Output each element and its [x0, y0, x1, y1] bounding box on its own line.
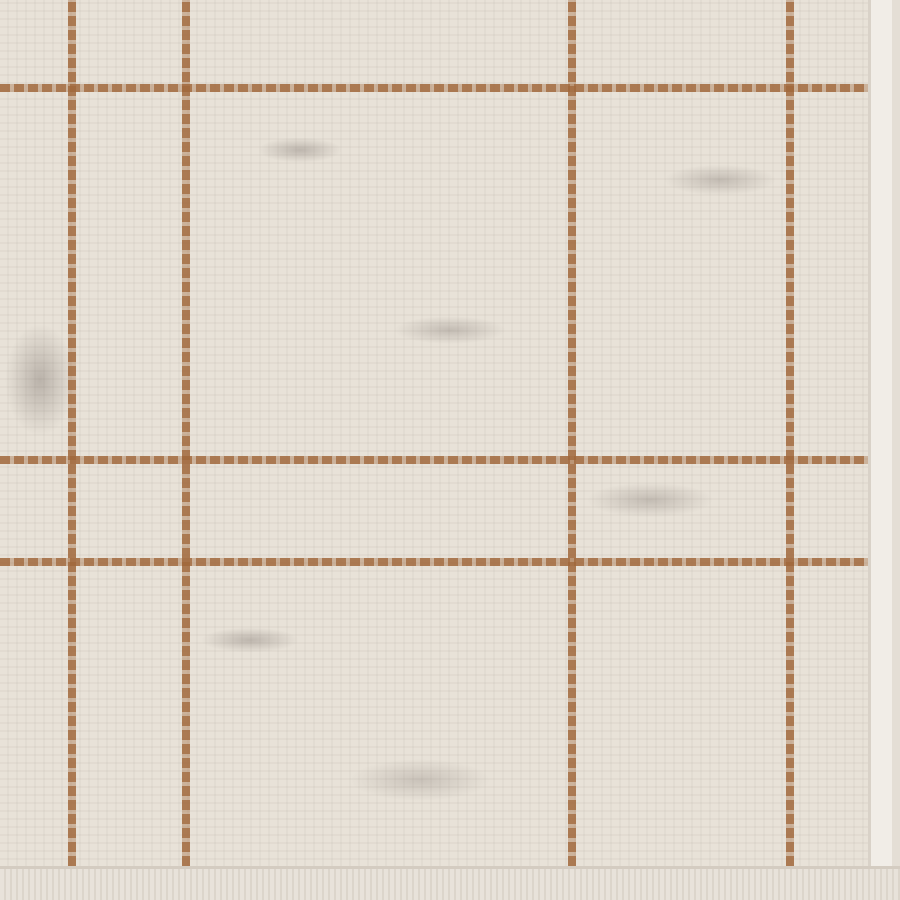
rust-stripe-horizontal	[0, 84, 868, 92]
rust-stripe-horizontal	[0, 558, 868, 566]
rug-field	[0, 0, 868, 866]
rust-stripe-vertical	[68, 0, 76, 866]
rug-binding-right	[868, 0, 900, 900]
rug-photo	[0, 0, 900, 900]
rust-stripe-vertical	[568, 0, 576, 866]
rug-binding-bottom	[0, 866, 900, 900]
rust-stripe-vertical	[182, 0, 190, 866]
rust-stripe-vertical	[786, 0, 794, 866]
rust-stripe-horizontal	[0, 456, 868, 464]
